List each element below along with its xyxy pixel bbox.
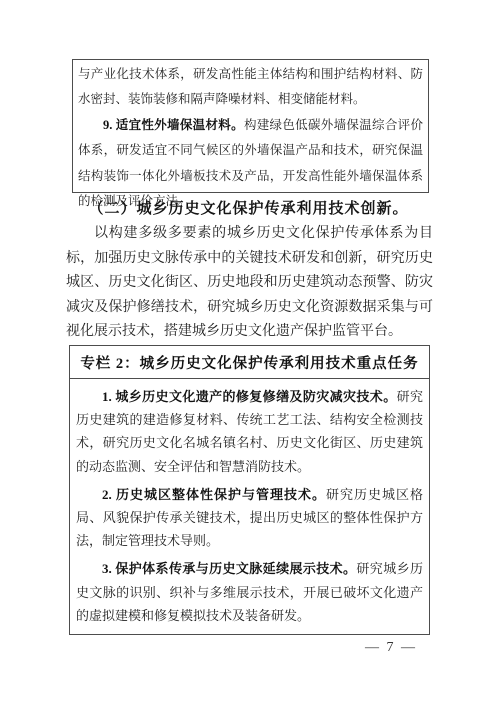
item-9-lead: 9. 适宜性外墙保温材料。: [103, 118, 244, 132]
callout-box-tasks: 专栏 2：城乡历史文化保护传承利用技术重点任务 1. 城乡历史文化遗产的修复修缮…: [69, 345, 430, 635]
section-heading: （二）城乡历史文化保护传承利用技术创新。: [66, 197, 432, 218]
task-item-1-lead: 1. 城乡历史文化遗产的修复修缮及防灾减灾技术。: [102, 389, 397, 404]
continuation-text: 与产业化技术体系，研发高性能主体结构和围护结构材料、防水密封、装饰装修和隔声降噪…: [78, 67, 423, 106]
callout-box-body: 1. 城乡历史文化遗产的修复修缮及防灾减灾技术。研究历史建筑的建造修复材料、传统…: [70, 379, 429, 627]
document-page: 与产业化技术体系，研发高性能主体结构和围护结构材料、防水密封、装饰装修和隔声降噪…: [0, 0, 500, 707]
task-item-2-lead: 2. 历史城区整体性保护与管理技术。: [102, 487, 326, 502]
callout-box-continuation: 与产业化技术体系，研发高性能主体结构和围护结构材料、防水密封、装饰装修和隔声降噪…: [72, 59, 429, 193]
page-number: — 7 —: [365, 640, 417, 656]
callout-box-title: 专栏 2：城乡历史文化保护传承利用技术重点任务: [70, 346, 429, 379]
continuation-paragraph: 与产业化技术体系，研发高性能主体结构和围护结构材料、防水密封、装饰装修和隔声降噪…: [78, 62, 423, 113]
task-item-3: 3. 保护体系传承与历史文脉延续展示技术。研究城乡历史文脉的识别、织补与多维展示…: [76, 557, 423, 627]
section-paragraph: 以构建多级多要素的城乡历史文化保护传承体系为目标，加强历史文脉传承中的关键技术研…: [66, 222, 433, 345]
task-item-3-lead: 3. 保护体系传承与历史文脉延续展示技术。: [102, 561, 356, 576]
task-item-1: 1. 城乡历史文化遗产的修复修缮及防灾减灾技术。研究历史建筑的建造修复材料、传统…: [76, 385, 423, 478]
task-item-2: 2. 历史城区整体性保护与管理技术。研究历史城区格局、风貌保护传承关键技术，提出…: [76, 483, 423, 553]
